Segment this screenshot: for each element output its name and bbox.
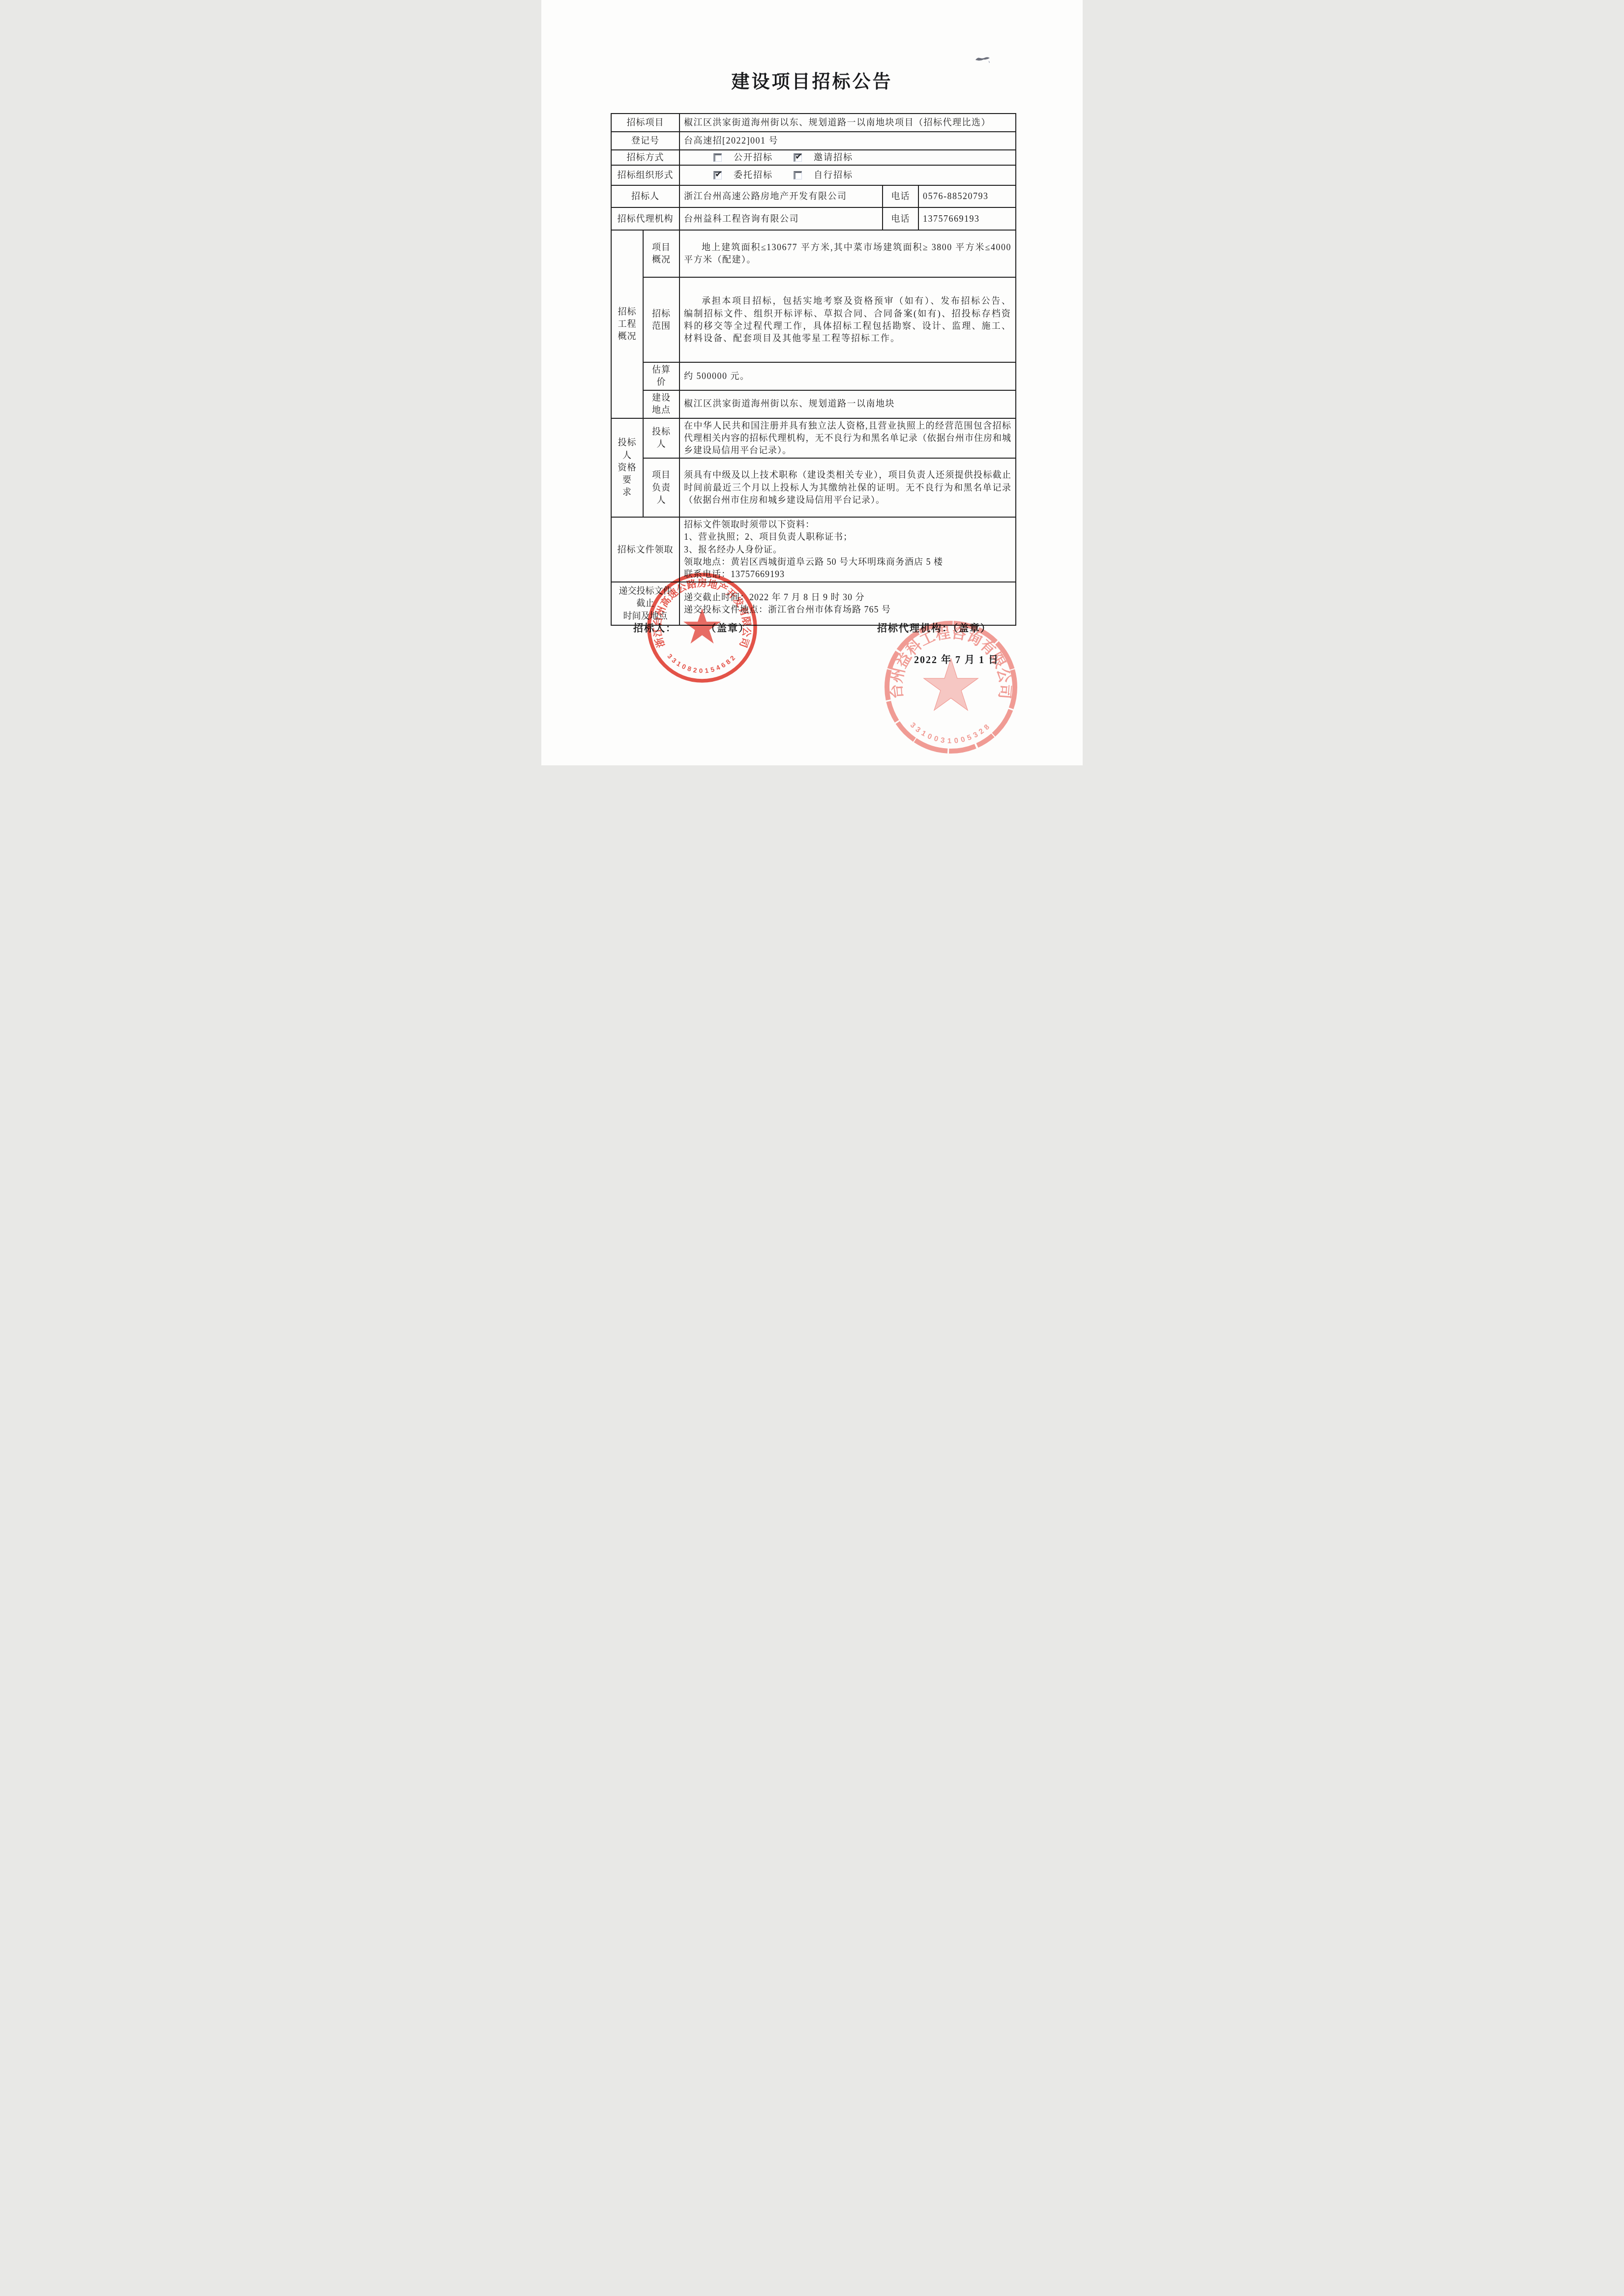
table-row: 建设 地点 椒江区洪家街道海州街以东、规划道路一以南地块 xyxy=(611,390,1016,418)
construction-site-value: 椒江区洪家街道海州街以东、规划道路一以南地块 xyxy=(679,390,1016,418)
estimated-price-label: 估算价 xyxy=(643,362,679,390)
ink-smudge xyxy=(974,53,994,64)
tenderer-label: 招标人 xyxy=(611,185,679,207)
project-manager-label: 项目 负责人 xyxy=(643,458,679,517)
agency-phone-label: 电话 xyxy=(883,207,918,230)
table-row: 招标 范围 承担本项目招标，包括实地考察及资格预审（如有）、发布招标公告、编制招… xyxy=(611,277,1016,362)
table-row: 招标组织形式 委托招标 自行招标 xyxy=(611,165,1016,185)
project-overview-label: 项目 概况 xyxy=(643,230,679,277)
checkbox-self-tender[interactable] xyxy=(794,171,802,179)
organization-form-label: 招标组织形式 xyxy=(611,165,679,185)
table-row: 估算价 约 500000 元。 xyxy=(611,362,1016,390)
checkbox-label-public-tender: 公开招标 xyxy=(734,151,773,164)
estimated-price-value: 约 500000 元。 xyxy=(679,362,1016,390)
tender-method-options: 公开招标 邀请招标 xyxy=(679,150,1016,165)
table-row: 招标人 浙江台州高速公路房地产开发有限公司 电话 0576-88520793 xyxy=(611,185,1016,207)
seal-number-text: 3310820154682 xyxy=(666,652,738,674)
table-row: 招标 工程 概况 项目 概况 地上建筑面积≤130677 平方米,其中菜市场建筑… xyxy=(611,230,1016,277)
tender-method-label: 招标方式 xyxy=(611,150,679,165)
bidder-requirement-value: 在中华人民共和国注册并具有独立法人资格,且营业执照上的经营范围包含招标代理相关内… xyxy=(679,418,1016,459)
bidder-qualification-group-label: 投标人 资格要 求 xyxy=(611,418,643,518)
document-table: 招标项目 椒江区洪家街道海州街以东、规划道路一以南地块项目（招标代理比选） 登记… xyxy=(611,113,1016,626)
checkbox-entrusted-tender[interactable] xyxy=(713,171,722,179)
project-overview-value: 地上建筑面积≤130677 平方米,其中菜市场建筑面积≥ 3800 平方米≤40… xyxy=(679,230,1016,277)
table-row: 投标人 资格要 求 投标人 在中华人民共和国注册并具有独立法人资格,且营业执照上… xyxy=(611,418,1016,459)
project-value: 椒江区洪家街道海州街以东、规划道路一以南地块项目（招标代理比选） xyxy=(679,114,1016,132)
agency-label: 招标代理机构 xyxy=(611,207,679,230)
checkbox-label-self-tender: 自行招标 xyxy=(814,169,853,181)
agency-company-seal: 台州益科工程咨询有限公司 3310031005328 xyxy=(877,613,1025,761)
checkbox-label-invited-tender: 邀请招标 xyxy=(814,151,853,164)
construction-site-label: 建设 地点 xyxy=(643,390,679,418)
agency-phone-value: 13757669193 xyxy=(918,207,1016,230)
bidder-label: 投标人 xyxy=(643,418,679,459)
tender-scope-label: 招标 范围 xyxy=(643,277,679,362)
registration-number-label: 登记号 xyxy=(611,132,679,150)
project-manager-requirement-value: 须具有中级及以上技术职称（建设类相关专业），项目负责人还须提供投标截止时间前最近… xyxy=(679,458,1016,517)
tenderer-value: 浙江台州高速公路房地产开发有限公司 xyxy=(679,185,883,207)
checkbox-label-entrusted-tender: 委托招标 xyxy=(734,169,773,181)
checkbox-invited-tender[interactable] xyxy=(794,153,802,162)
tender-scope-value: 承担本项目招标，包括实地考察及资格预审（如有）、发布招标公告、编制招标文件、组织… xyxy=(679,277,1016,362)
document-date: 2022 年 7 月 1 日 xyxy=(914,652,999,666)
project-works-overview-group-label: 招标 工程 概况 xyxy=(611,230,643,418)
page-title: 建设项目招标公告 xyxy=(541,67,1083,93)
project-label: 招标项目 xyxy=(611,114,679,132)
tenderer-phone-value: 0576-88520793 xyxy=(918,185,1016,207)
table-row: 招标方式 公开招标 邀请招标 xyxy=(611,150,1016,165)
agency-value: 台州益科工程咨询有限公司 xyxy=(679,207,883,230)
table-row: 项目 负责人 须具有中级及以上技术职称（建设类相关专业），项目负责人还须提供投标… xyxy=(611,458,1016,517)
table-row: 招标项目 椒江区洪家街道海州街以东、规划道路一以南地块项目（招标代理比选） xyxy=(611,114,1016,132)
scanned-tender-announcement-page: 建设项目招标公告 招标项目 椒江区洪家街道海州街以东、规划道路一以南地块项目（招… xyxy=(541,0,1083,765)
star-icon xyxy=(683,608,721,643)
table-row: 招标代理机构 台州益科工程咨询有限公司 电话 13757669193 xyxy=(611,207,1016,230)
table-row: 登记号 台高速招[2022]001 号 xyxy=(611,132,1016,150)
star-icon xyxy=(924,659,978,710)
checkbox-public-tender[interactable] xyxy=(713,153,722,162)
organization-form-options: 委托招标 自行招标 xyxy=(679,165,1016,185)
registration-number-value: 台高速招[2022]001 号 xyxy=(679,132,1016,150)
tenderer-phone-label: 电话 xyxy=(883,185,918,207)
tenderer-company-seal: 浙江台州高速公路房地产开发有限公司 3310820154682 xyxy=(641,566,764,689)
